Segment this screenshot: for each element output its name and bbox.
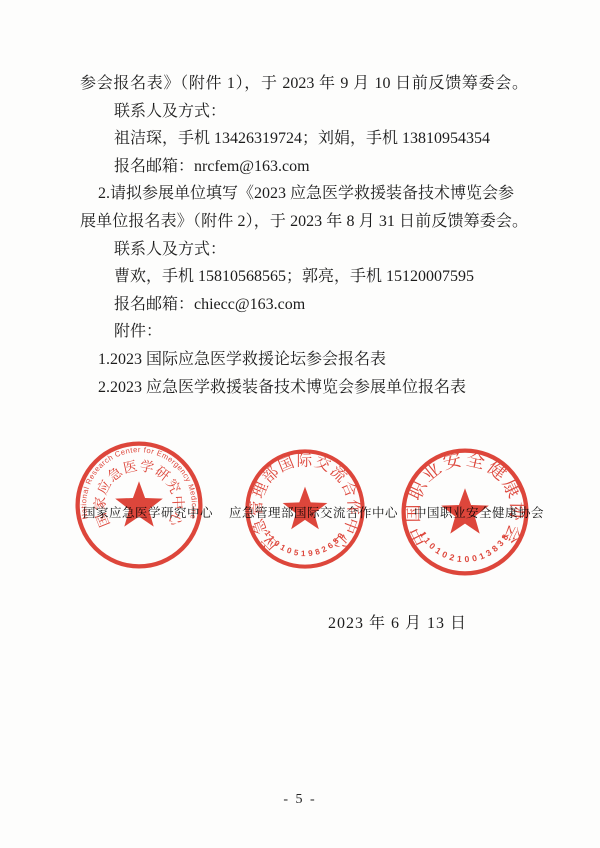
- scanned-document-page: 参会报名表》（附件 1），于 2023 年 9 月 10 日前反馈筹委会。 联系…: [0, 0, 600, 848]
- signature-seal-area: 国家应急医学研究中心 应急管理部国际交流合作中心 中国职业安全健康协会 Nati…: [0, 437, 600, 617]
- official-seal-icon-nrcem: National Research Center for Emergency M…: [73, 439, 205, 571]
- page-number: - 5 -: [0, 792, 600, 808]
- doc-line: 2.2023 应急医学救援装备技术博览会参展单位报名表: [80, 374, 528, 402]
- doc-line: 曹欢，手机 15810568565；郭亮，手机 15120007595: [80, 263, 528, 291]
- official-seal-icon-icc: 应急管理部国际交流合作中心 1101051982639: [243, 447, 367, 571]
- doc-line: 报名邮箱：nrcfem@163.com: [80, 153, 528, 181]
- doc-line: 1.2023 国际应急医学救援论坛参会报名表: [80, 346, 528, 374]
- doc-line: 联系人及方式：: [80, 236, 528, 264]
- official-seal-icon-cosha: 中国职业安全健康协会 11010210013838: [399, 446, 531, 578]
- seal-code-text: 1101051982639: [263, 529, 348, 558]
- doc-line: 参会报名表》（附件 1），于 2023 年 9 月 10 日前反馈筹委会。: [80, 70, 528, 98]
- doc-line: 祖洁琛，手机 13426319724；刘娟，手机 13810954354: [80, 125, 528, 153]
- doc-line: 2.请拟参展单位填写《2023 应急医学救援装备技术博览会参: [80, 180, 528, 208]
- star-icon: [283, 487, 328, 530]
- seal-code-text: 11010210013838: [418, 530, 512, 565]
- document-date: 2023 年 6 月 13 日: [328, 610, 467, 633]
- document-body: 参会报名表》（附件 1），于 2023 年 9 月 10 日前反馈筹委会。 联系…: [80, 70, 528, 401]
- doc-line: 报名邮箱：chiecc@163.com: [80, 291, 528, 319]
- doc-line: 展单位报名表》（附件 2），于 2023 年 8 月 31 日前反馈筹委会。: [80, 208, 528, 236]
- star-icon: [441, 488, 489, 533]
- star-icon: [115, 481, 163, 526]
- doc-line: 附件：: [80, 318, 528, 346]
- doc-line: 联系人及方式：: [80, 98, 528, 126]
